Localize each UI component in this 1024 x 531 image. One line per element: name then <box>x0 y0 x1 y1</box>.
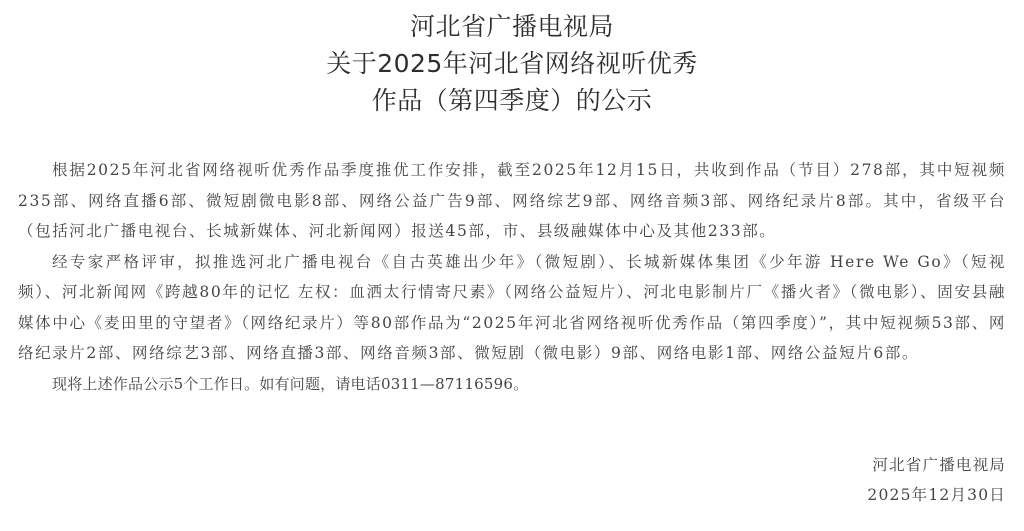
document-signature: 河北省广播电视局 2025年12月30日 <box>867 450 1006 510</box>
paragraph-selected-works: 经专家严格评审，拟推选河北广播电视台《自古英雄出少年》（微短剧）、长城新媒体集团… <box>18 247 1006 369</box>
signature-issuer: 河北省广播电视局 <box>867 450 1006 480</box>
signature-date: 2025年12月30日 <box>867 480 1006 510</box>
title-subject-continued: 作品（第四季度）的公示 <box>0 82 1024 119</box>
title-issuer: 河北省广播电视局 <box>0 8 1024 45</box>
title-subject: 关于2025年河北省网络视听优秀 <box>0 45 1024 82</box>
paragraph-submission-summary: 根据2025年河北省网络视听优秀作品季度推优工作安排，截至2025年12月15日… <box>18 155 1006 247</box>
announcement-document: 河北省广播电视局 关于2025年河北省网络视听优秀 作品（第四季度）的公示 根据… <box>0 0 1024 531</box>
document-title: 河北省广播电视局 关于2025年河北省网络视听优秀 作品（第四季度）的公示 <box>0 8 1024 119</box>
document-body: 根据2025年河北省网络视听优秀作品季度推优工作安排，截至2025年12月15日… <box>18 155 1006 399</box>
paragraph-publicity-notice: 现将上述作品公示5个工作日。如有问题，请电话0311—87116596。 <box>18 369 1006 400</box>
